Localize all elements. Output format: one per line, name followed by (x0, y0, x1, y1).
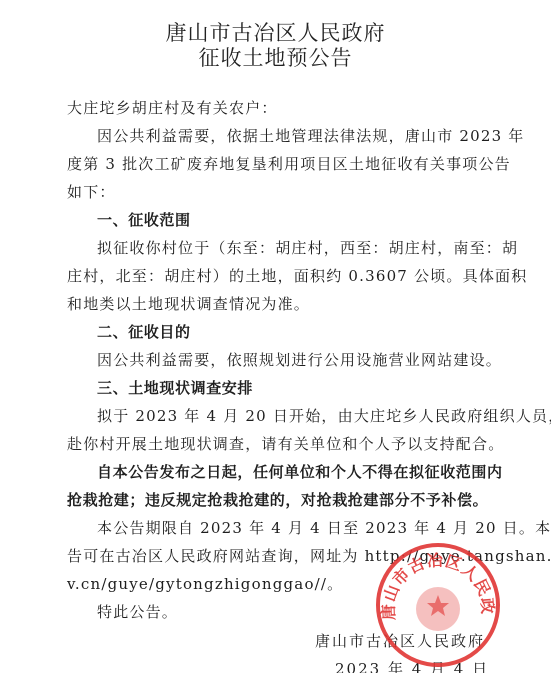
section3-line-1: 拟于 2023 年 4 月 20 日开始，由大庄坨乡人民政府组织人员， (97, 406, 517, 426)
seal-emblem-icon: 唐山市古冶区人民政府 (376, 543, 500, 667)
official-seal: 唐山市古冶区人民政府 (376, 543, 500, 667)
section1-line-1: 拟征收你村位于（东至：胡庄村，西至：胡庄村，南至：胡 (97, 238, 517, 258)
intro-line-1: 因公共利益需要，依据土地管理法律法规，唐山市 2023 年 (97, 126, 517, 146)
intro-line-3: 如下： (67, 182, 487, 202)
section2-heading: 二、征收目的 (97, 322, 517, 342)
section1-heading: 一、征收范围 (97, 210, 517, 230)
intro-line-2: 度第 3 批次工矿废弃地复垦利用项目区土地征收有关事项公告 (67, 154, 487, 174)
section1-line-3: 和地类以土地现状调查情况为准。 (67, 294, 487, 314)
section3-line-2: 赴你村开展土地现状调查，请有关单位和个人予以支持配合。 (67, 434, 487, 454)
section1-line-2: 庄村，北至：胡庄村）的土地，面积约 0.3607 公顷。具体面积 (67, 266, 487, 286)
period-line-1: 本公告期限自 2023 年 4 月 4 日至 2023 年 4 月 20 日。本… (97, 518, 517, 538)
salutation: 大庄坨乡胡庄村及有关农户： (67, 98, 487, 118)
title-notice: 征收土地预公告 (0, 42, 551, 72)
warning-line-2: 抢栽抢建；违反规定抢栽抢建的，对抢栽抢建部分不予补偿。 (67, 490, 487, 510)
warning-line-1: 自本公告发布之日起，任何单位和个人不得在拟征收范围内 (97, 462, 517, 482)
section3-heading: 三、土地现状调查安排 (97, 378, 517, 398)
section2-line-1: 因公共利益需要，依照规划进行公用设施营业网站建设。 (97, 350, 517, 370)
